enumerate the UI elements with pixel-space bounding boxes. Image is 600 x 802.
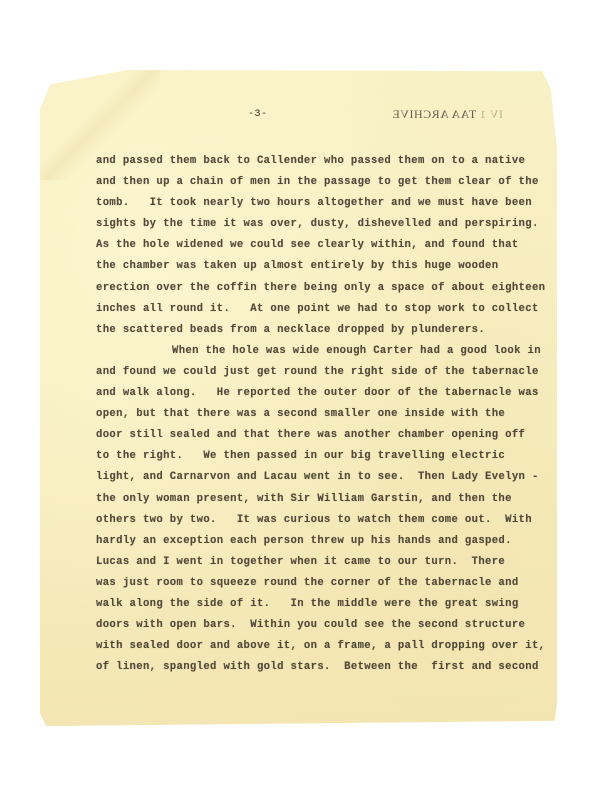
text-line: walk along the side of it. In the middle… [96,594,536,615]
text-line: inches all round it. At one point we had… [96,299,536,320]
text-line: tomb. It took nearly two hours altogethe… [96,193,536,214]
text-line: others two by two. It was curious to wat… [96,510,536,531]
text-line: and passed them back to Callender who pa… [96,151,536,172]
archive-stamp-text: TAA ARCHIVE [392,107,476,121]
text-line: light, and Carnarvon and Lacau went in t… [96,467,536,488]
paragraph-start-line: When the hole was wide enough Carter had… [96,341,536,362]
text-line: hardly an exception each person threw up… [96,531,536,552]
text-line: erection over the coffin there being onl… [96,278,536,299]
text-line: with sealed door and above it, on a fram… [96,636,536,657]
text-line: the scattered beads from a necklace drop… [96,320,536,341]
text-line: sights by the time it was over, dusty, d… [96,214,536,235]
text-line: doors with open bars. Within you could s… [96,615,536,636]
text-line: was just room to squeeze round the corne… [96,573,536,594]
text-line: the only woman present, with Sir William… [96,489,536,510]
text-line: As the hole widened we could see clearly… [96,235,536,256]
text-line: and found we could just get round the ri… [96,362,536,383]
text-line: of linen, spangled with gold stars. Betw… [96,657,536,678]
text-line: Lucas and I went in together when it cam… [96,552,536,573]
text-line: open, but that there was a second smalle… [96,404,536,425]
text-line: to the right. We then passed in our big … [96,446,536,467]
text-line: door still sealed and that there was ano… [96,425,536,446]
archive-stamp-mirrored: IV 1 TAA ARCHIVE [392,107,508,122]
text-line: and then up a chain of men in the passag… [96,172,536,193]
text-line: and walk along. He reported the outer do… [96,383,536,404]
typewritten-body: and passed them back to Callender who pa… [96,151,536,678]
page-number: -3- [248,109,268,120]
text-line: the chamber was taken up almost entirely… [96,256,536,277]
archive-stamp-suffix: IV 1 [480,107,503,121]
